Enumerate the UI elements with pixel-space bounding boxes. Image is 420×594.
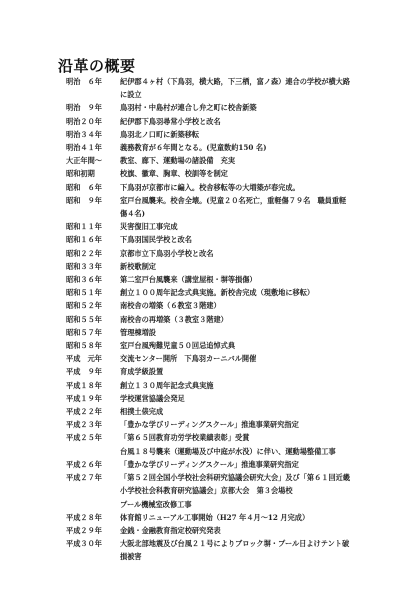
entry-description: 「豊かな学びリーディングスクール」推進事業研究指定 bbox=[120, 458, 386, 471]
page-title: 沿革の概要 bbox=[58, 55, 136, 76]
entry-description-line: 紀伊郡４ヶ村（下鳥羽，横大路，下三栖，富ノ森）連合の学校が横大路 bbox=[120, 75, 382, 88]
entry-description-line: 災害復旧工事完成 bbox=[120, 220, 382, 233]
history-entry: 平成１９年学校運営協議会発足 bbox=[66, 392, 386, 405]
history-entry: 明治４１年義務教育が６年間となる。(児童数約150 名) bbox=[66, 141, 386, 154]
entry-description: 校旗、徽章、胸章、校訓等を制定 bbox=[120, 167, 386, 180]
entry-year: 昭和５５年 bbox=[66, 313, 120, 326]
history-entry: 昭和初期校旗、徽章、胸章、校訓等を制定 bbox=[66, 167, 386, 180]
entry-year: 平成 元年 bbox=[66, 352, 120, 365]
entry-description-line: 育成学級設置 bbox=[120, 365, 382, 378]
entry-year: 昭和１１年 bbox=[66, 220, 120, 233]
entry-description: 創立１３０周年記念式典実施 bbox=[120, 379, 386, 392]
entry-description: 鳥羽村・中島村が連合し弁之町に校舎新築 bbox=[120, 101, 386, 114]
entry-description: 大阪北部地震及び台風２１号によりブロック塀・プール日よけテント破損被害 bbox=[120, 537, 386, 563]
entry-description-line: 創立１３０周年記念式典実施 bbox=[120, 379, 382, 392]
history-entry: 平成 元年交流センター開所 下鳥羽カーニバル開催 bbox=[66, 352, 386, 365]
entry-description-line: 京都市立下鳥羽小学校と改名 bbox=[120, 247, 382, 260]
entry-year: 昭和 ６年 bbox=[66, 181, 120, 194]
entry-description: 学校運営協議会発足 bbox=[120, 392, 386, 405]
entry-description: 室戸台風殉難児童５０回忌追悼式典 bbox=[120, 339, 386, 352]
history-entry: 平成２３年「豊かな学びリーディングスクール」推進事業研究指定 bbox=[66, 418, 386, 431]
history-entry: 昭和２２年京都市立下鳥羽小学校と改名 bbox=[66, 247, 386, 260]
entry-description: 創立１００周年記念式典実施。新校舎完成（現敷地に移転） bbox=[120, 286, 386, 299]
entry-year: 平成２８年 bbox=[66, 511, 120, 524]
entry-year: 平成３０年 bbox=[66, 537, 120, 550]
entry-description-line: 南校舎の再増築（３教室３階建） bbox=[120, 313, 382, 326]
document-page: 沿革の概要 明治 ６年紀伊郡４ヶ村（下鳥羽，横大路，下三栖，富ノ森）連合の学校が… bbox=[0, 0, 420, 594]
entry-description: 新校歌制定 bbox=[120, 260, 386, 273]
history-entry: 平成２８年体育館リニューアル工事開始（H27 年４月～12 月完成） bbox=[66, 511, 386, 524]
history-entry: 昭和３３年新校歌制定 bbox=[66, 260, 386, 273]
entry-description-line: 校旗、徽章、胸章、校訓等を制定 bbox=[120, 167, 382, 180]
history-entry: 昭和５１年創立１００周年記念式典実施。新校舎完成（現敷地に移転） bbox=[66, 286, 386, 299]
entry-description: 交流センター開所 下鳥羽カーニバル開催 bbox=[120, 352, 386, 365]
history-entry: 台風１８号襲来（運動場及び中庭が水没）に伴い、運動場整備工事 bbox=[66, 445, 386, 458]
entry-year: 明治 ９年 bbox=[66, 101, 120, 114]
history-entry: 明治２０年紀伊郡下鳥羽尋常小学校と改名 bbox=[66, 115, 386, 128]
entry-description-line: 「豊かな学びリーディングスクール」推進事業研究指定 bbox=[120, 458, 382, 471]
entry-description-line: 鳥羽北ノ口町に新築移転 bbox=[120, 128, 382, 141]
history-entry: 昭和３６年第二室戸台風襲来（講堂屋根・塀等損傷） bbox=[66, 273, 386, 286]
entry-year: 明治２０年 bbox=[66, 115, 120, 128]
entry-description: 義務教育が６年間となる。(児童数約150 名) bbox=[120, 141, 386, 154]
history-entry: 昭和１１年災害復旧工事完成 bbox=[66, 220, 386, 233]
entry-description: プール機械室改修工事 bbox=[120, 498, 386, 511]
entry-description-line: に設立 bbox=[120, 88, 382, 101]
entry-year: 昭和５１年 bbox=[66, 286, 120, 299]
entry-year: 明治４１年 bbox=[66, 141, 120, 154]
entry-description: 「第５２回全国小学校社会科研究協議会研究大会」及び「第６１回近畿小学校社会科教育… bbox=[120, 471, 386, 497]
entry-year: 昭和５８年 bbox=[66, 339, 120, 352]
entry-description-line: プール機械室改修工事 bbox=[120, 498, 382, 511]
entry-description-line: 「第６５回教育功労学校業績表彰」受賞 bbox=[120, 431, 382, 444]
entry-year: 昭和２２年 bbox=[66, 247, 120, 260]
history-entry: 昭和 ９年室戸台風襲来。校舎全壊。(児童２０名死亡，重軽傷７９名 職員重軽傷４名… bbox=[66, 194, 386, 220]
entry-description: 台風１８号襲来（運動場及び中庭が水没）に伴い、運動場整備工事 bbox=[120, 445, 386, 458]
entry-description-line: 紀伊郡下鳥羽尋常小学校と改名 bbox=[120, 115, 382, 128]
entry-year: 大正年間～ bbox=[66, 154, 120, 167]
entry-description: 相撲土俵完成 bbox=[120, 405, 386, 418]
entry-year: 平成 ９年 bbox=[66, 365, 120, 378]
entry-year: 平成２３年 bbox=[66, 418, 120, 431]
entry-description-line: 大阪北部地震及び台風２１号によりブロック塀・プール日よけテント破 bbox=[120, 537, 382, 550]
entry-description-line: 損被害 bbox=[120, 550, 382, 563]
entry-year: 昭和５２年 bbox=[66, 299, 120, 312]
entry-description-line: 鳥羽村・中島村が連合し弁之町に校舎新築 bbox=[120, 101, 382, 114]
history-entry: 平成２２年相撲土俵完成 bbox=[66, 405, 386, 418]
entry-description-line: 学校運営協議会発足 bbox=[120, 392, 382, 405]
history-entry: 明治 ９年鳥羽村・中島村が連合し弁之町に校舎新築 bbox=[66, 101, 386, 114]
entry-description: 南校舎の増築（６教室３階建） bbox=[120, 299, 386, 312]
entry-description-line: 体育館リニューアル工事開始（H27 年４月～12 月完成） bbox=[120, 511, 382, 524]
entry-year: 昭和３６年 bbox=[66, 273, 120, 286]
history-entry: 昭和５５年南校舎の再増築（３教室３階建） bbox=[66, 313, 386, 326]
entry-year: 明治３４年 bbox=[66, 128, 120, 141]
entry-description: 第二室戸台風襲来（講堂屋根・塀等損傷） bbox=[120, 273, 386, 286]
history-entry: 平成２９年金銭・金融教育指定校研究発表 bbox=[66, 524, 386, 537]
entry-description-line: 下鳥羽国民学校と改名 bbox=[120, 233, 382, 246]
entry-description: 管理棟増設 bbox=[120, 326, 386, 339]
entry-description-line: 創立１００周年記念式典実施。新校舎完成（現敷地に移転） bbox=[120, 286, 382, 299]
entry-year: 平成２９年 bbox=[66, 524, 120, 537]
history-entry: 昭和５８年室戸台風殉難児童５０回忌追悼式典 bbox=[66, 339, 386, 352]
entry-description: 室戸台風襲来。校舎全壊。(児童２０名死亡，重軽傷７９名 職員重軽傷４名) bbox=[120, 194, 386, 220]
entry-description-line: 「豊かな学びリーディングスクール」推進事業研究指定 bbox=[120, 418, 382, 431]
entry-description-line: 台風１８号襲来（運動場及び中庭が水没）に伴い、運動場整備工事 bbox=[120, 445, 382, 458]
entry-description-line: 南校舎の増築（６教室３階建） bbox=[120, 299, 382, 312]
history-entry: 平成 ９年育成学級設置 bbox=[66, 365, 386, 378]
entry-description: 金銭・金融教育指定校研究発表 bbox=[120, 524, 386, 537]
entry-year: 昭和１６年 bbox=[66, 233, 120, 246]
entry-year: 平成２７年 bbox=[66, 471, 120, 484]
history-entry: 大正年間～教室、廊下、運動場の諸設備 充実 bbox=[66, 154, 386, 167]
history-list: 明治 ６年紀伊郡４ヶ村（下鳥羽，横大路，下三栖，富ノ森）連合の学校が横大路に設立… bbox=[66, 75, 386, 564]
entry-description: 下鳥羽が京都市に編入。校舎移転等の大増築が春完成。 bbox=[120, 181, 386, 194]
entry-description: 紀伊郡下鳥羽尋常小学校と改名 bbox=[120, 115, 386, 128]
entry-description-line: 交流センター開所 下鳥羽カーニバル開催 bbox=[120, 352, 382, 365]
history-entry: 昭和 ６年下鳥羽が京都市に編入。校舎移転等の大増築が春完成。 bbox=[66, 181, 386, 194]
history-entry: プール機械室改修工事 bbox=[66, 498, 386, 511]
entry-description-line: 義務教育が６年間となる。(児童数約150 名) bbox=[120, 141, 382, 154]
history-entry: 明治 ６年紀伊郡４ヶ村（下鳥羽，横大路，下三栖，富ノ森）連合の学校が横大路に設立 bbox=[66, 75, 386, 101]
entry-description-line: 相撲土俵完成 bbox=[120, 405, 382, 418]
entry-year: 昭和３３年 bbox=[66, 260, 120, 273]
history-entry: 昭和５７年管理棟増設 bbox=[66, 326, 386, 339]
history-entry: 昭和１６年下鳥羽国民学校と改名 bbox=[66, 233, 386, 246]
entry-description: 「第６５回教育功労学校業績表彰」受賞 bbox=[120, 431, 386, 444]
entry-description-line: 下鳥羽が京都市に編入。校舎移転等の大増築が春完成。 bbox=[120, 181, 382, 194]
entry-description: 教室、廊下、運動場の諸設備 充実 bbox=[120, 154, 386, 167]
entry-year: 平成１８年 bbox=[66, 379, 120, 392]
entry-description-line: 小学校社会科教育研究協議会」京都大会 第３会場校 bbox=[120, 484, 382, 497]
entry-year: 平成２６年 bbox=[66, 458, 120, 471]
entry-description-line: 室戸台風襲来。校舎全壊。(児童２０名死亡，重軽傷７９名 職員重軽 bbox=[120, 194, 382, 207]
history-entry: 平成２５年「第６５回教育功労学校業績表彰」受賞 bbox=[66, 431, 386, 444]
entry-description-line: 管理棟増設 bbox=[120, 326, 382, 339]
entry-description-line: 第二室戸台風襲来（講堂屋根・塀等損傷） bbox=[120, 273, 382, 286]
history-entry: 平成２６年「豊かな学びリーディングスクール」推進事業研究指定 bbox=[66, 458, 386, 471]
history-entry: 平成２７年「第５２回全国小学校社会科研究協議会研究大会」及び「第６１回近畿小学校… bbox=[66, 471, 386, 497]
history-entry: 平成３０年大阪北部地震及び台風２１号によりブロック塀・プール日よけテント破損被害 bbox=[66, 537, 386, 563]
entry-description: 災害復旧工事完成 bbox=[120, 220, 386, 233]
entry-description-line: 教室、廊下、運動場の諸設備 充実 bbox=[120, 154, 382, 167]
entry-year: 平成２２年 bbox=[66, 405, 120, 418]
entry-year: 昭和 ９年 bbox=[66, 194, 120, 207]
entry-description: 下鳥羽国民学校と改名 bbox=[120, 233, 386, 246]
entry-description: 京都市立下鳥羽小学校と改名 bbox=[120, 247, 386, 260]
entry-description-line: 新校歌制定 bbox=[120, 260, 382, 273]
entry-description: 育成学級設置 bbox=[120, 365, 386, 378]
entry-year: 昭和初期 bbox=[66, 167, 120, 180]
entry-description: 鳥羽北ノ口町に新築移転 bbox=[120, 128, 386, 141]
entry-description: 南校舎の再増築（３教室３階建） bbox=[120, 313, 386, 326]
entry-description-line: 傷４名) bbox=[120, 207, 382, 220]
entry-year: 昭和５７年 bbox=[66, 326, 120, 339]
entry-description-line: 室戸台風殉難児童５０回忌追悼式典 bbox=[120, 339, 382, 352]
entry-year: 平成１９年 bbox=[66, 392, 120, 405]
history-entry: 昭和５２年南校舎の増築（６教室３階建） bbox=[66, 299, 386, 312]
entry-description: 紀伊郡４ヶ村（下鳥羽，横大路，下三栖，富ノ森）連合の学校が横大路に設立 bbox=[120, 75, 386, 101]
history-entry: 明治３４年鳥羽北ノ口町に新築移転 bbox=[66, 128, 386, 141]
entry-year: 平成２５年 bbox=[66, 431, 120, 444]
entry-year: 明治 ６年 bbox=[66, 75, 120, 88]
entry-description-line: 金銭・金融教育指定校研究発表 bbox=[120, 524, 382, 537]
entry-description-line: 「第５２回全国小学校社会科研究協議会研究大会」及び「第６１回近畿 bbox=[120, 471, 382, 484]
entry-description: 体育館リニューアル工事開始（H27 年４月～12 月完成） bbox=[120, 511, 386, 524]
entry-description: 「豊かな学びリーディングスクール」推進事業研究指定 bbox=[120, 418, 386, 431]
history-entry: 平成１８年創立１３０周年記念式典実施 bbox=[66, 379, 386, 392]
